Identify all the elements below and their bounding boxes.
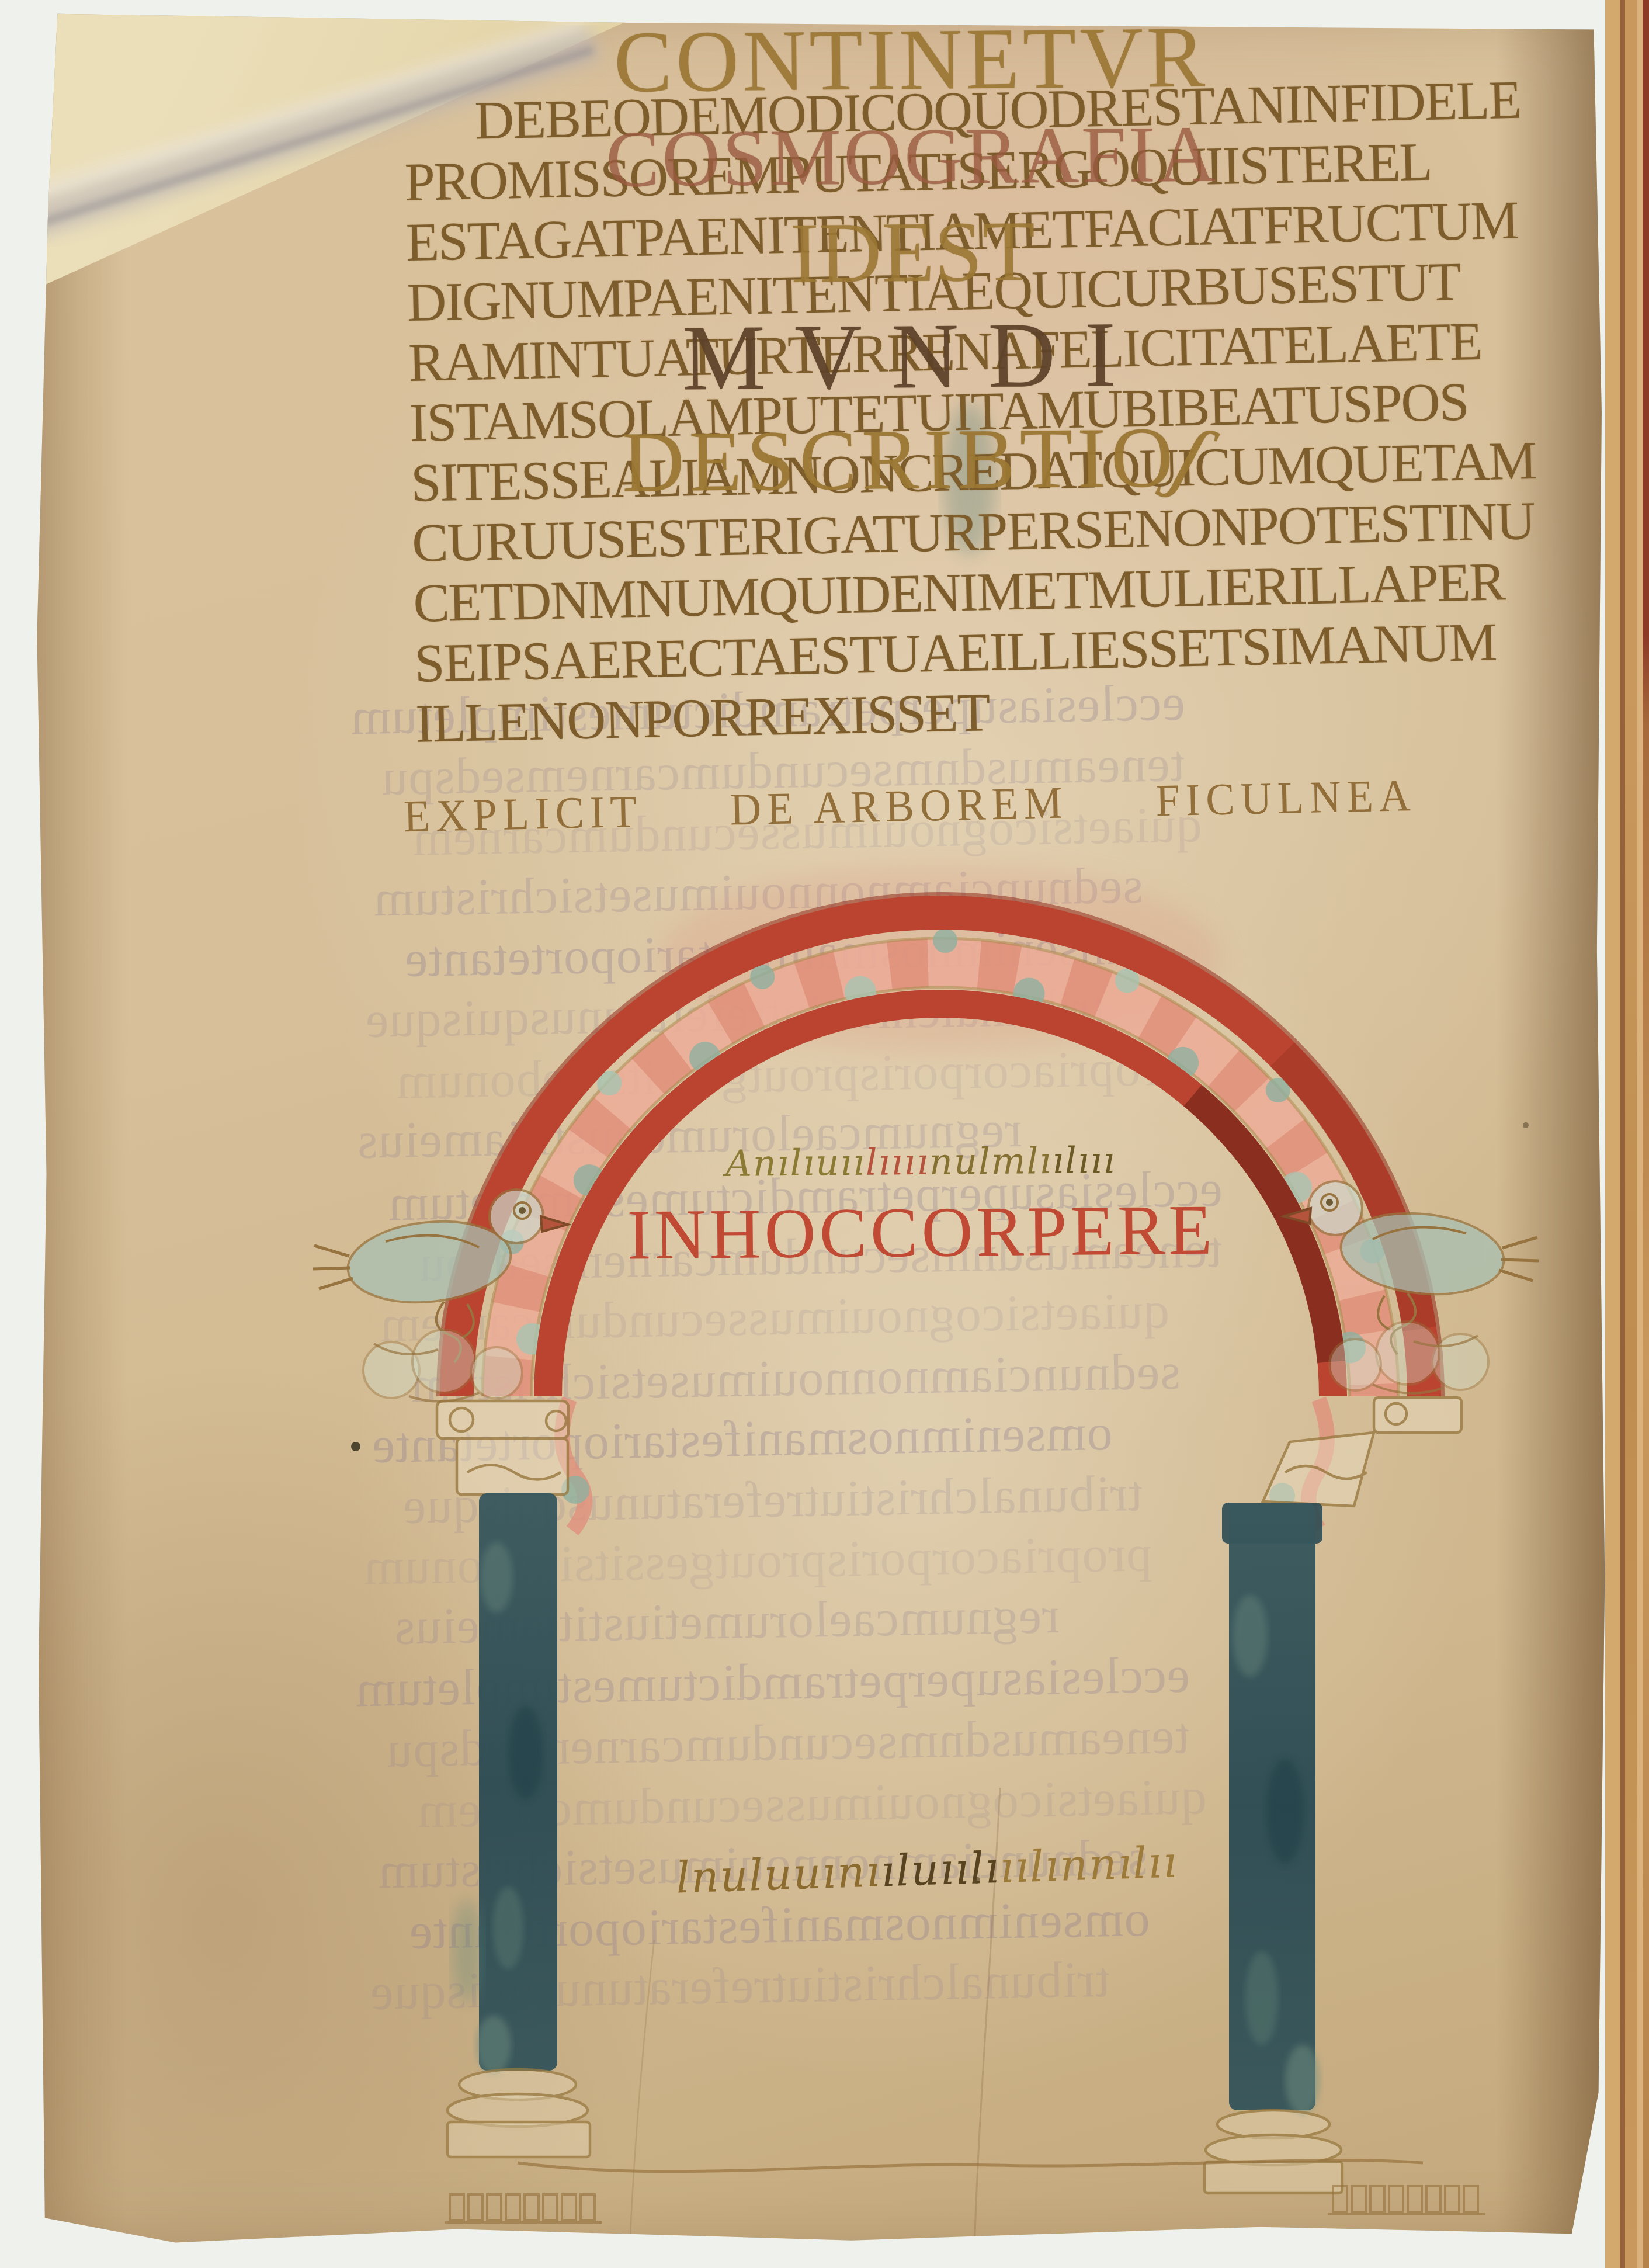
arch-title-block: Anılıuıılıııınulmlıılııı INHOCCORPERE CO… [397, 5, 1442, 2000]
fore-edge-strip-4 [1637, 0, 1643, 2268]
pen-flourish: ʃ [1164, 405, 1221, 509]
photo: { "photo": { "background": "#eff1ed" }, … [0, 0, 1649, 2268]
pen-trial-segment: lnuluuını [675, 1846, 881, 1903]
pen-trial-segment: ıluıılı [880, 1843, 1001, 1896]
binding-edge-strip [1643, 0, 1649, 2268]
manuscript-page: ecclesiasuperpetramdictumestimpletumtene… [34, 9, 1606, 2249]
fore-edge-strip-1 [1605, 0, 1620, 2268]
fore-edge-strip-2 [1620, 0, 1625, 2268]
pen-trial-segment: ıılınnılıı [999, 1837, 1178, 1893]
arch-title-line: DESCRIBTIO ʃ [400, 405, 1429, 514]
column-bases-sketch [447, 2069, 1342, 2193]
arch-title-line: IDEST [398, 198, 1427, 306]
arch-title-line: CONTINETVR [397, 5, 1425, 114]
fore-edge-strip-3 [1625, 0, 1637, 2268]
arch-title-line: MVNDI [399, 297, 1428, 414]
arch-title-line: COSMOGRAFIA [398, 105, 1426, 207]
